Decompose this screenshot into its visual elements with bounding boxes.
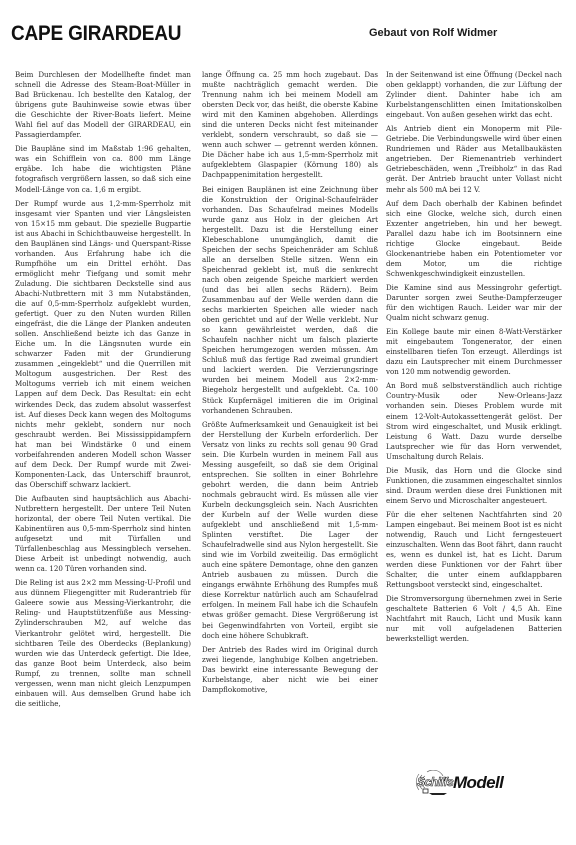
paragraph: Bei einigen Bauplänen ist eine Zeichnung… <box>202 185 378 416</box>
article-title: CAPE GIRARDEAU <box>11 22 181 47</box>
paragraph: Der Antrieb des Rades wird im Original d… <box>202 645 378 695</box>
paragraph: Für die eher seltenen Nachtfahrten sind … <box>386 510 562 590</box>
paragraph: Die Stromversorgung übernehmen zwei in S… <box>386 594 562 644</box>
logo-word-text: Modell <box>453 773 503 793</box>
paragraph: Auf dem Dach oberhalb der Kabinen befind… <box>386 199 562 279</box>
article-byline: Gebaut von Rolf Widmer <box>369 27 497 39</box>
paragraph: Beim Durchlesen der Modellhefte findet m… <box>15 70 191 140</box>
text-column-2: lange Öffnung ca. 25 mm hoch zugebaut. D… <box>202 70 378 699</box>
paragraph: Als Antrieb dient ein Monoperm mit Pile-… <box>386 124 562 194</box>
paragraph: Ein Kollege baute mir einen 8-Watt-Verst… <box>386 327 562 377</box>
paragraph: lange Öffnung ca. 25 mm hoch zugebaut. D… <box>202 70 378 181</box>
paragraph: Die Reling ist aus 2×2 mm Messing-U-Prof… <box>15 578 191 709</box>
schiffsmodell-logo: Schiffs Modell <box>413 770 528 800</box>
paragraph: Die Kamine sind aus Messingrohr gefertig… <box>386 283 562 323</box>
text-column-1: Beim Durchlesen der Modellhefte findet m… <box>15 70 191 713</box>
text-column-3: In der Seitenwand ist eine Öffnung (Deck… <box>386 70 562 649</box>
paragraph: Die Musik, das Horn und die Glocke sind … <box>386 466 562 506</box>
logo-script-text: Schiffs <box>417 775 453 789</box>
paragraph: Die Aufbauten sind hauptsächlich aus Aba… <box>15 494 191 574</box>
paragraph: An Bord muß selbstverständlich auch rich… <box>386 381 562 461</box>
paragraph: Die Baupläne sind im Maßstab 1:96 gehalt… <box>15 144 191 194</box>
paragraph: In der Seitenwand ist eine Öffnung (Deck… <box>386 70 562 120</box>
paragraph: Größte Aufmerksamkeit und Genauigkeit is… <box>202 420 378 641</box>
paragraph: Der Rumpf wurde aus 1,2-mm-Sperrholz mit… <box>15 199 191 490</box>
